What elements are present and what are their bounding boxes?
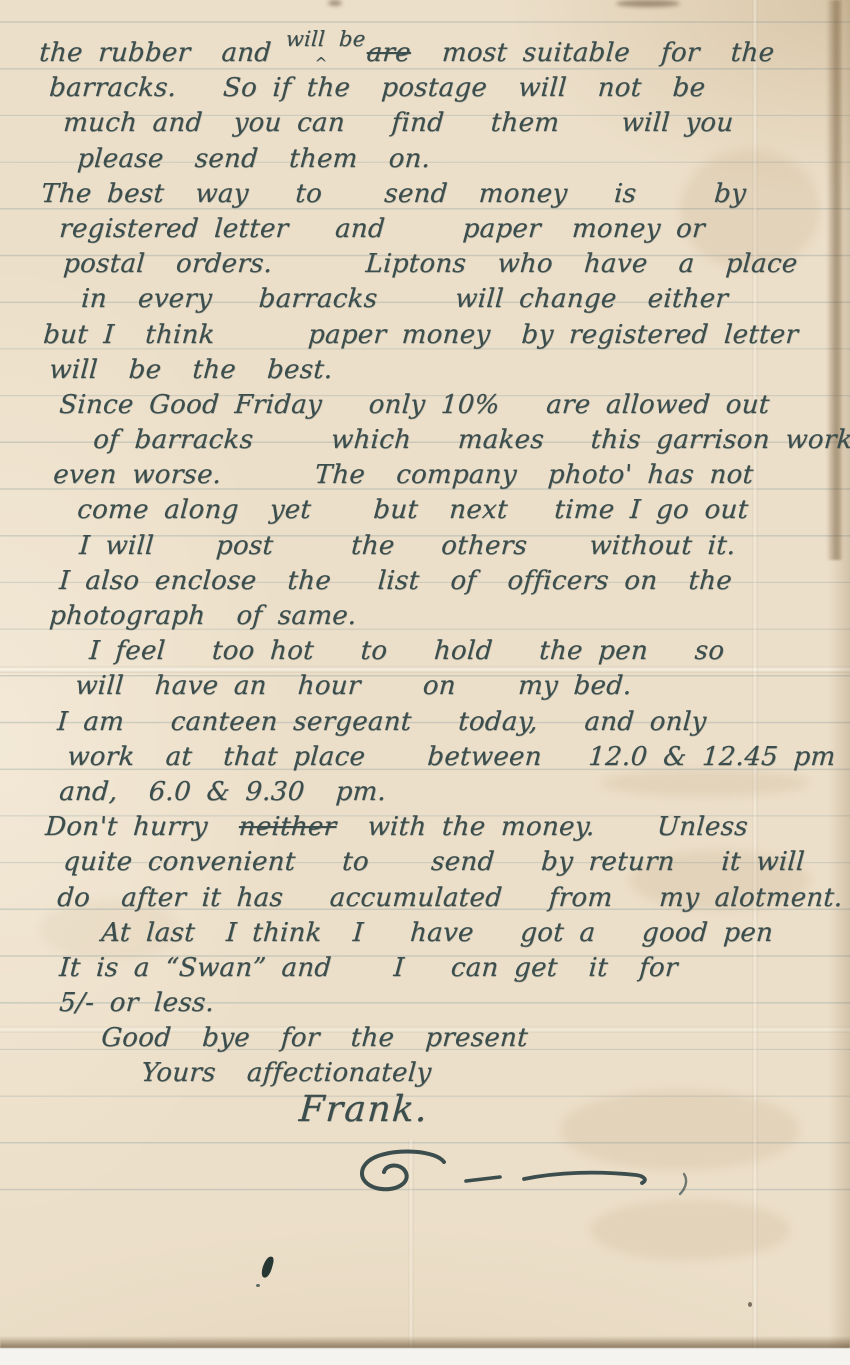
letter-line: of barracks which makes this garrison wo…	[0, 423, 850, 458]
letter-text: barracks. So if the postage will not be	[48, 73, 706, 103]
letter-line: much and you can find them will you	[0, 106, 850, 141]
letter-line: Don't hurry neither with the money. Unle…	[0, 810, 850, 845]
letter-line: I feel too hot to hold the pen so	[0, 634, 850, 669]
letter-line: postal orders. Liptons who have a place	[0, 247, 850, 282]
signature-name: Frank.	[298, 1089, 430, 1130]
letter-text: even worse. The company photo' has not	[52, 460, 754, 490]
letter-text: most suitable for the	[410, 38, 776, 68]
letter-line: At last I think I have got a good pen	[0, 916, 850, 951]
letter-line: photograph of same.	[0, 599, 850, 634]
letter-text: I feel too hot to hold the pen so	[88, 636, 725, 666]
stain	[590, 1200, 790, 1260]
letter-line: Frank.	[0, 1092, 850, 1127]
letter-text: and, 6.0 & 9.30 pm.	[58, 777, 387, 807]
letter-text: I will post the others without it.	[78, 531, 736, 561]
letter-text: registered letter and paper money or	[58, 214, 706, 244]
letter-line: 5/- or less.	[0, 986, 850, 1021]
letter-text: It is a “Swan” and I can get it for	[58, 953, 679, 983]
letter-text: Yours affectionately	[140, 1058, 432, 1088]
letter-line: the rubber and will beare most suitable …	[0, 36, 850, 71]
ink-speck	[748, 1302, 752, 1307]
struck-word: are	[366, 38, 412, 68]
inserted-word: will be	[285, 22, 367, 57]
letter-text: At last I think I have got a good pen	[100, 918, 774, 948]
letter-text: photograph of same.	[48, 601, 357, 631]
letter-line: in every barracks will change either	[0, 282, 850, 317]
letter-text: but I think paper money by registered le…	[42, 320, 799, 350]
letter-line: It is a “Swan” and I can get it for	[0, 951, 850, 986]
letter-line: do after it has accumulated from my alot…	[0, 881, 850, 916]
letter-line: will be the best.	[0, 353, 850, 388]
edge-smudge	[616, 0, 680, 7]
signature-flourish-icon	[348, 1146, 700, 1208]
letter-text: Don't hurry	[44, 812, 240, 842]
letter-text: much and you can find them will you	[62, 108, 734, 138]
letter-line: I will post the others without it.	[0, 529, 850, 564]
letter-text: will be the best.	[48, 355, 334, 385]
letter-text: work at that place between 12.0 & 12.45 …	[66, 742, 836, 772]
edge-smudge	[328, 0, 342, 6]
letter-text: quite convenient to send by return it wi…	[62, 847, 806, 877]
letter-line: I also enclose the list of officers on t…	[0, 564, 850, 599]
letter-line: will have an hour on my bed.	[0, 669, 850, 704]
struck-word: neither	[238, 812, 338, 842]
letter-text: of barracks which makes this garrison wo…	[92, 425, 850, 455]
letter-text: come along yet but next time I go out	[76, 495, 749, 525]
letter-body: the rubber and will beare most suitable …	[0, 36, 850, 1127]
letter-line: Since Good Friday only 10% are allowed o…	[0, 388, 850, 423]
letter-line: barracks. So if the postage will not be	[0, 71, 850, 106]
letter-line: Yours affectionately	[0, 1056, 850, 1091]
letter-line: come along yet but next time I go out	[0, 493, 850, 528]
letter-text: with the money. Unless	[335, 812, 749, 842]
letter-text: I also enclose the list of officers on t…	[58, 566, 733, 596]
ink-speck	[256, 1284, 260, 1287]
letter-text: do after it has accumulated from my alot…	[56, 883, 844, 913]
letter-line: registered letter and paper money or	[0, 212, 850, 247]
letter-line: The best way to send money is by	[0, 177, 850, 212]
letter-line: and, 6.0 & 9.30 pm.	[0, 775, 850, 810]
letter-line: even worse. The company photo' has not	[0, 458, 850, 493]
letter-text: I am canteen sergeant today, and only	[56, 707, 707, 737]
letter-line: quite convenient to send by return it wi…	[0, 845, 850, 880]
letter-line: please send them on.	[0, 142, 850, 177]
letter-text: The best way to send money is by	[40, 179, 747, 209]
letter-line: work at that place between 12.0 & 12.45 …	[0, 740, 850, 775]
letter-text: will have an hour on my bed.	[74, 671, 633, 701]
letter-text: postal orders. Liptons who have a place	[62, 249, 798, 279]
paper-bottom-edge	[0, 1336, 850, 1348]
letter-text: 5/- or less.	[58, 988, 215, 1018]
letter-line: but I think paper money by registered le…	[0, 318, 850, 353]
letter-text: Since Good Friday only 10% are allowed o…	[58, 390, 770, 420]
letter-text: please send them on.	[76, 144, 431, 174]
letter-text: Good bye for the present	[100, 1023, 529, 1053]
letter-line: Good bye for the present	[0, 1021, 850, 1056]
letter-line: I am canteen sergeant today, and only	[0, 705, 850, 740]
letter-text: the rubber and	[38, 38, 288, 68]
letter-text: in every barracks will change either	[80, 284, 729, 314]
